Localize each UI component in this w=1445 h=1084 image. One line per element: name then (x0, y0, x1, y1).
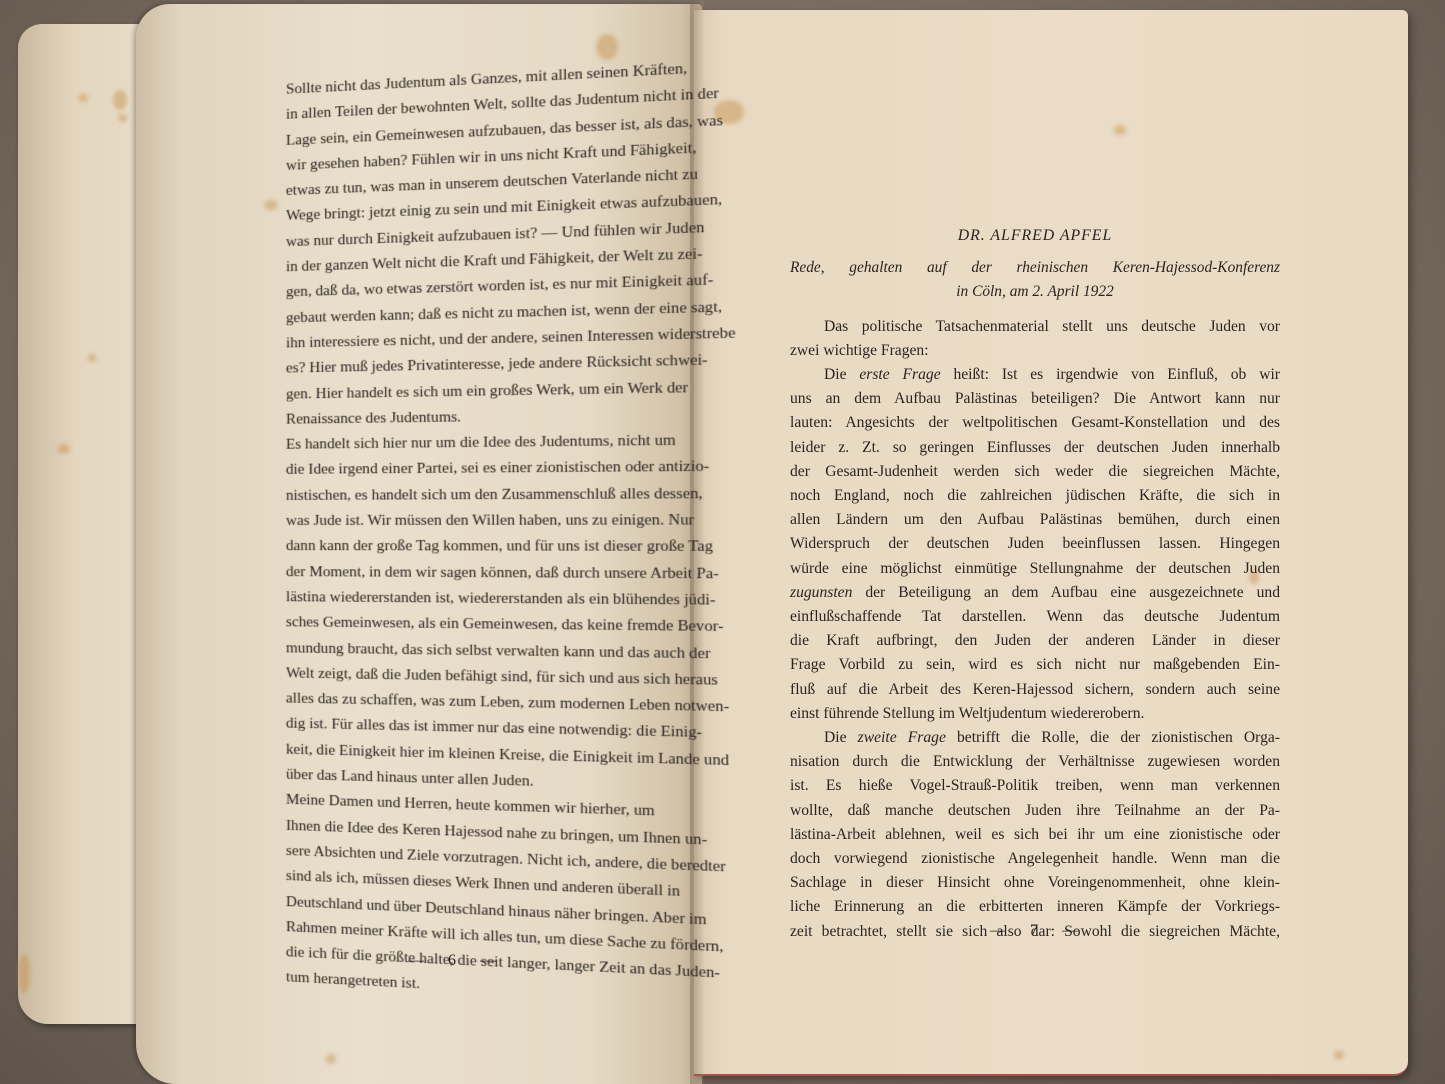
text-line: liche Erinnerung an die erbitterten inne… (790, 895, 1280, 919)
paragraph: Meine Damen und Herren, heute kommen wir… (262, 786, 719, 1013)
text-line: noch England, noch die zahlreichen jüdis… (790, 484, 1280, 508)
speech-subtitle: Rede, gehalten auf der rheinischen Keren… (790, 256, 1280, 280)
foxing-stain (78, 94, 88, 102)
text-line: würde eine möglichst einmütige Stellungn… (790, 557, 1280, 581)
page-number-right: — 7 — (990, 922, 1088, 940)
text-line: lauten: Angesichts der weltpolitischen G… (790, 411, 1280, 435)
foxing-stain (596, 34, 618, 60)
speech-subtitle-date: in Cöln, am 2. April 1922 (790, 280, 1280, 304)
page-number-left: — 6 — (408, 952, 506, 970)
text-line: Widerspruch der deutschen Juden beeinflu… (790, 532, 1280, 556)
text-line: Frage Vorbild zu sein, wird es sich nich… (790, 653, 1280, 677)
text-line: zugunsten der Beteiligung an dem Aufbau … (790, 581, 1280, 605)
right-page-text: DR. ALFRED APFEL Rede, gehalten auf der … (790, 224, 1280, 944)
foxing-stain (1114, 125, 1126, 135)
foxing-stain (326, 1054, 336, 1064)
text-line: nisation durch die Entwicklung der Verhä… (790, 750, 1280, 774)
text-line: Das politische Tatsachenmaterial stellt … (790, 315, 1280, 339)
foxing-stain (18, 954, 30, 994)
text-line: einst führende Stellung im Weltjudentum … (790, 702, 1280, 726)
text-line: allen Ländern um den Aufbau Palästinas b… (790, 508, 1280, 532)
text-line: wollte, daß manche deutschen Juden ihre … (790, 799, 1280, 823)
text-line: nistischen, es handelt sich um den Zusam… (262, 480, 719, 508)
left-page-text: Sollte nicht das Judentum als Ganzes, mi… (262, 54, 719, 1013)
text-line: zwei wichtige Fragen: (790, 339, 1280, 363)
foxing-stain (118, 114, 127, 122)
paragraph: Sollte nicht das Judentum als Ganzes, mi… (262, 54, 719, 432)
emphasis: zweite Frage (858, 729, 946, 746)
emphasis: zugunsten (790, 584, 852, 601)
text-line: Die zweite Frage betrifft die Rolle, die… (790, 726, 1280, 750)
foxing-stain (1334, 1050, 1344, 1060)
text-line: die Kraft aufbringt, den Juden der ander… (790, 629, 1280, 653)
paragraph: Es handelt sich hier nur um die Idee des… (262, 427, 719, 800)
emphasis: erste Frage (859, 366, 940, 383)
text-line: doch vorwiegend zionistische Angelegenhe… (790, 847, 1280, 871)
text-line: einflußschaffende Tat darstellen. Wenn d… (790, 605, 1280, 629)
text-line: fluß auf die Arbeit des Keren-Hajessod s… (790, 678, 1280, 702)
foxing-stain (88, 354, 96, 362)
text-line: der Moment, in dem wir sagen können, daß… (262, 559, 719, 587)
text-line: dann kann der große Tag kommen, und für … (262, 533, 719, 560)
text-line: ist. Es hieße Vogel-Strauß-Politik treib… (790, 774, 1280, 798)
author-heading: DR. ALFRED APFEL (790, 224, 1280, 248)
text-line: lästina-Arbeit ablehnen, weil es sich be… (790, 823, 1280, 847)
foxing-stain (58, 444, 70, 454)
text-line: die Idee irgend einer Partei, sei es ein… (262, 453, 719, 482)
text-line: was Jude ist. Wir müssen den Willen habe… (262, 507, 719, 534)
text-line: Die erste Frage heißt: Ist es irgendwie … (790, 363, 1280, 387)
foxing-stain (113, 90, 127, 110)
text-line: Es handelt sich hier nur um die Idee des… (262, 427, 719, 458)
text-line: uns an dem Aufbau Palästinas beteiligen?… (790, 387, 1280, 411)
text-line: Sachlage in dieser Hinsicht ohne Voreing… (790, 871, 1280, 895)
text-line: der Gesamt-Judenheit werden sich weder d… (790, 460, 1280, 484)
text-line: leider z. Zt. so geringen Einflusses der… (790, 436, 1280, 460)
